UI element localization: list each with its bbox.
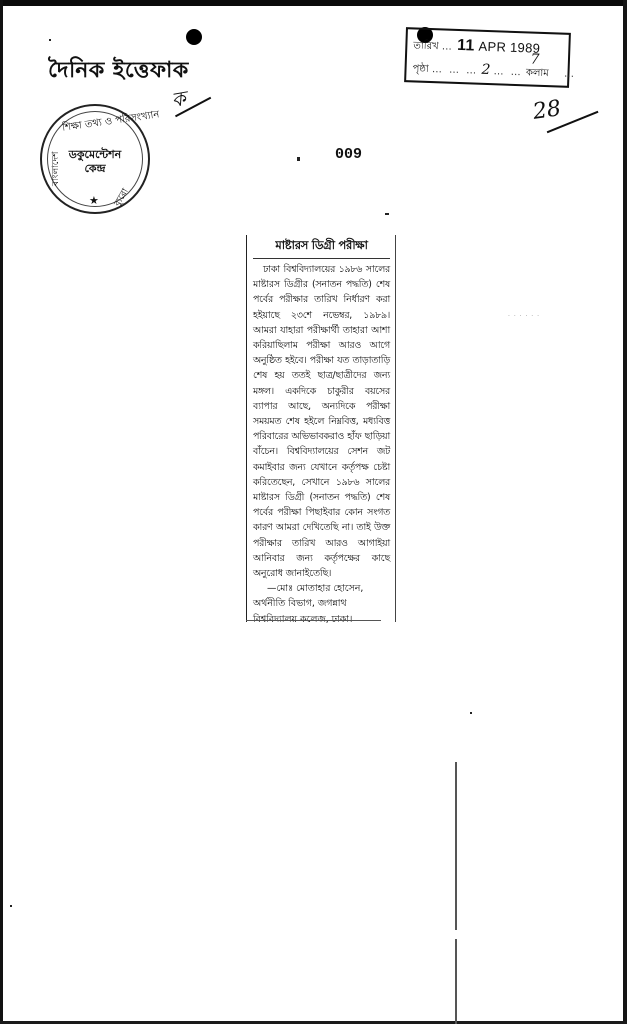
faint-marginal-marks: · · · · · · [508,313,540,320]
scan-border-right [623,0,627,1024]
clipping-body: ঢাকা বিশ্ববিদ্যালয়ের ১৯৮৬ সালের মাষ্টার… [253,262,390,581]
scan-speck [470,712,472,714]
dotted-leader: … [442,41,454,52]
scan-speck [385,213,389,215]
date-label: তারিখ [413,40,439,52]
date-row: তারিখ … 11 APR 1989 [413,35,540,59]
folio-number: 28 [531,96,562,125]
page-column-row: পৃষ্ঠা … … … 2 … … কলাম 7 … [412,59,576,84]
date-value: 11 APR 1989 [457,38,541,56]
serial-number: 009 [335,146,362,163]
scan-speck [49,39,51,41]
page-label: পৃষ্ঠা [412,63,429,75]
dotted-leader: … … [493,66,523,78]
seal-center-line2: কেন্দ্র [42,162,148,176]
scan-speck [10,905,12,907]
fold-line [455,762,457,1024]
seal-center-text: ডকুমেন্টেশন কেন্দ্র [42,148,148,176]
clipping-headline: মাষ্টারস ডিগ্রী পরীক্ষা [253,237,390,259]
date-day: 11 [457,37,475,55]
dotted-leader: … … … [432,64,479,77]
clipping-bottom-edge [246,620,381,621]
newspaper-name: দৈনিক ইত্তেফাক [48,53,189,90]
seal-center-line1: ডকুমেন্টেশন [42,148,148,162]
page-value: 2 [481,62,490,78]
star-icon: ★ [89,194,99,207]
newspaper-clipping: মাষ্টারস ডিগ্রী পরীক্ষা ঢাকা বিশ্ববিদ্যা… [246,235,396,622]
column-label: কলাম [526,67,549,79]
dotted-leader: … [564,69,576,80]
punch-hole-icon [186,29,202,45]
fold-line-gap [455,930,457,939]
clipping-paragraph: ঢাকা বিশ্ববিদ্যালয়ের ১৯৮৬ সালের মাষ্টার… [253,262,390,581]
documentation-center-seal: শিক্ষা তথ্য ও পরিসংখ্যান বাংলাদেশ ব্যুরো… [40,104,150,214]
scan-speck [297,157,300,161]
column-value: 7 [530,52,539,68]
date-stamp: তারিখ … 11 APR 1989 পৃষ্ঠা … … … 2 … … ক… [404,27,571,88]
